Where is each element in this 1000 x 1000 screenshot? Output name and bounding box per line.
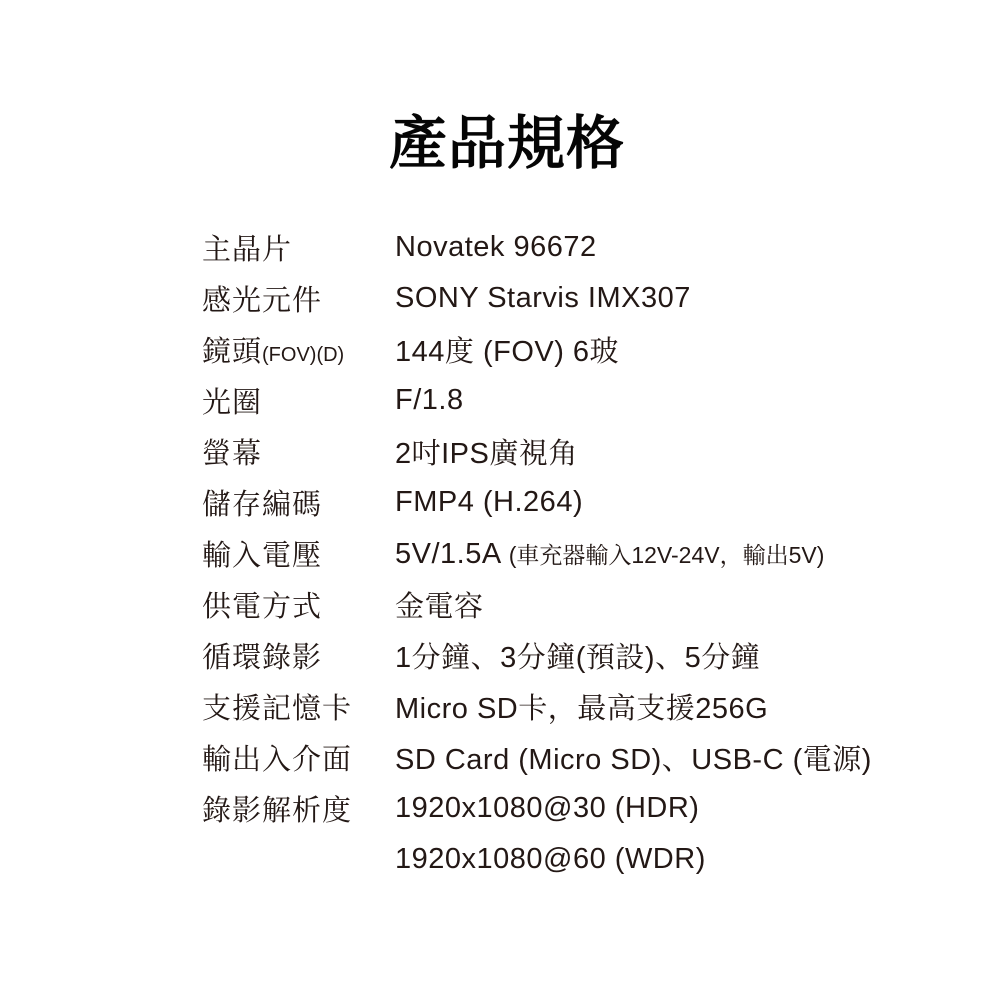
spec-value: 金電容 xyxy=(395,584,491,625)
spec-label-text: 鏡頭 xyxy=(202,336,262,368)
spec-value-text: Micro SD卡，最高支援256G xyxy=(395,693,768,725)
spec-value: SD Card (Micro SD)、USB-C (電源) xyxy=(395,737,879,778)
spec-row-chipset: 主晶片 Novatek 96672 xyxy=(202,222,902,273)
spec-value-text: 1分鐘、3分鐘(預設)、5分鐘 xyxy=(395,642,760,674)
spec-value-text: FMP4 (H.264) xyxy=(395,486,583,518)
spec-row-screen: 螢幕 2吋IPS廣視角 xyxy=(202,426,902,477)
spec-label: 支援記憶卡 xyxy=(202,686,395,727)
spec-label: 螢幕 xyxy=(202,431,395,472)
spec-label: 錄影解析度 xyxy=(202,788,395,829)
spec-row-resolution-hdr: 錄影解析度 1920x1080@30 (HDR) xyxy=(202,783,902,834)
spec-label: 鏡頭(FOV)(D) xyxy=(202,329,395,370)
spec-row-codec: 儲存編碼 FMP4 (H.264) xyxy=(202,477,902,528)
spec-label: 儲存編碼 xyxy=(202,482,395,523)
spec-value: 144度 (FOV) 6玻 xyxy=(395,329,626,370)
spec-label-text: 錄影解析度 xyxy=(202,795,352,827)
spec-label: 循環錄影 xyxy=(202,635,395,676)
spec-label-text: 感光元件 xyxy=(202,285,322,317)
spec-label-text: 輸出入介面 xyxy=(202,744,352,776)
spec-label: 光圈 xyxy=(202,380,395,421)
spec-value: SONY Starvis IMX307 xyxy=(395,282,698,315)
spec-row-lens: 鏡頭(FOV)(D) 144度 (FOV) 6玻 xyxy=(202,324,902,375)
spec-value-text: 1920x1080@60 (WDR) xyxy=(395,843,706,875)
spec-label: 供電方式 xyxy=(202,584,395,625)
spec-label: 主晶片 xyxy=(202,227,395,268)
spec-value: 1分鐘、3分鐘(預設)、5分鐘 xyxy=(395,635,767,676)
spec-value-text: SONY Starvis IMX307 xyxy=(395,282,691,314)
spec-value: FMP4 (H.264) xyxy=(395,486,590,519)
spec-value-text: 1920x1080@30 (HDR) xyxy=(395,792,699,824)
spec-value-text: SD Card (Micro SD)、USB-C (電源) xyxy=(395,744,872,776)
spec-value-text: 5V/1.5A xyxy=(395,538,502,570)
spec-label-suffix: (FOV)(D) xyxy=(262,344,344,366)
spec-label-text: 輸入電壓 xyxy=(202,540,322,572)
spec-value: Novatek 96672 xyxy=(395,231,604,264)
spec-label-text: 儲存編碼 xyxy=(202,489,322,521)
spec-label: 輸出入介面 xyxy=(202,737,395,778)
spec-row-io-interface: 輸出入介面 SD Card (Micro SD)、USB-C (電源) xyxy=(202,732,902,783)
spec-label-text: 光圈 xyxy=(202,387,262,419)
spec-value-text: F/1.8 xyxy=(395,384,464,416)
spec-row-aperture: 光圈 F/1.8 xyxy=(202,375,902,426)
spec-value: 2吋IPS廣視角 xyxy=(395,431,585,472)
spec-value-text: Novatek 96672 xyxy=(395,231,597,263)
spec-label-text: 循環錄影 xyxy=(202,642,322,674)
spec-label-text: 螢幕 xyxy=(202,438,262,470)
page-title: 產品規格 xyxy=(389,108,625,180)
spec-row-memory-card: 支援記憶卡 Micro SD卡，最高支援256G xyxy=(202,681,902,732)
spec-label-text: 主晶片 xyxy=(202,234,292,266)
spec-row-loop-recording: 循環錄影 1分鐘、3分鐘(預設)、5分鐘 xyxy=(202,630,902,681)
spec-row-sensor: 感光元件 SONY Starvis IMX307 xyxy=(202,273,902,324)
spec-value: Micro SD卡，最高支援256G xyxy=(395,686,775,727)
spec-value-text: 金電容 xyxy=(395,591,484,623)
spec-row-power-supply: 供電方式 金電容 xyxy=(202,579,902,630)
spec-label: 感光元件 xyxy=(202,278,395,319)
spec-row-input-voltage: 輸入電壓 5V/1.5A(車充器輸入12V-24V，輸出5V) xyxy=(202,528,902,579)
spec-label-text: 支援記憶卡 xyxy=(202,693,352,725)
spec-row-resolution-wdr: 1920x1080@60 (WDR) xyxy=(202,834,902,885)
spec-table: 主晶片 Novatek 96672 感光元件 SONY Starvis IMX3… xyxy=(202,222,902,885)
spec-value: 1920x1080@30 (HDR) xyxy=(395,792,706,825)
spec-value: 5V/1.5A(車充器輸入12V-24V，輸出5V) xyxy=(395,537,824,571)
spec-label-text: 供電方式 xyxy=(202,591,322,623)
spec-value: F/1.8 xyxy=(395,384,471,417)
spec-value: 1920x1080@60 (WDR) xyxy=(395,843,713,876)
spec-value-text: 2吋IPS廣視角 xyxy=(395,438,578,470)
spec-label: 輸入電壓 xyxy=(202,533,395,574)
spec-value-text: 144度 (FOV) 6玻 xyxy=(395,336,619,368)
product-spec-sheet: 產品規格 主晶片 Novatek 96672 感光元件 SONY Starvis… xyxy=(0,0,1000,1000)
spec-value-note: (車充器輸入12V-24V，輸出5V) xyxy=(509,542,825,568)
